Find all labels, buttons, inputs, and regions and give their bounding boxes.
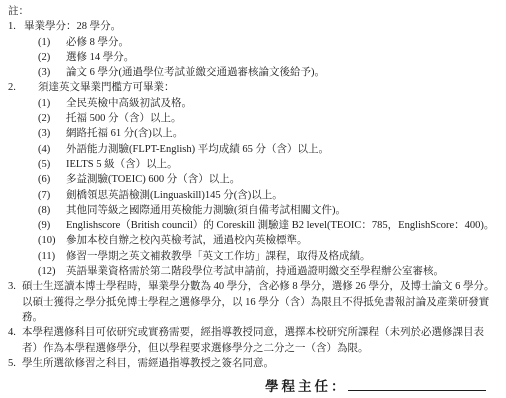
sub-item-number: (1) — [38, 96, 66, 111]
item-number: 3. — [8, 279, 22, 294]
item-number: 1. — [8, 19, 24, 34]
sub-item-text: 必修 8 學分。 — [66, 35, 498, 50]
sub-item: (8) 其他同等級之國際通用英檢能力測驗(須自備考試相關文件)。 — [8, 203, 498, 218]
item-text: 畢業學分：28 學分。 — [24, 19, 498, 34]
sub-item-number: (10) — [38, 233, 66, 248]
list-item: 5. 學生所選欲修習之科目，需經過指導教授之簽名同意。 — [8, 356, 498, 371]
sub-item-number: (6) — [38, 172, 66, 187]
note-heading: 註： — [8, 4, 498, 19]
sub-item: (2) 選修 14 學分。 — [8, 50, 498, 65]
item-number: 2. — [8, 80, 38, 95]
sub-item: (4) 外語能力測驗(FLPT-English) 平均成績 65 分（含）以上。 — [8, 142, 498, 157]
item-text: 須達英文畢業門檻方可畢業： — [38, 80, 498, 95]
sub-item-number: (3) — [38, 126, 66, 141]
sub-item: (7) 劍橋領思英語檢測(Linguaskill)145 分(含)以上。 — [8, 188, 498, 203]
sub-item-number: (3) — [38, 65, 66, 80]
sub-item-text: Englishscore（British council）的 Coreskill… — [66, 218, 498, 233]
sub-item-number: (9) — [38, 218, 66, 233]
sub-item-text: 選修 14 學分。 — [66, 50, 498, 65]
notes-document: 註： 1. 畢業學分：28 學分。 (1) 必修 8 學分。 (2) 選修 14… — [0, 0, 506, 398]
sub-item: (1) 全民英檢中高級初試及格。 — [8, 96, 498, 111]
sub-item: (6) 多益測驗(TOEIC) 600 分（含）以上。 — [8, 172, 498, 187]
sub-item-number: (4) — [38, 142, 66, 157]
sub-item-number: (7) — [38, 188, 66, 203]
sub-item-text: 托福 500 分（含）以上。 — [66, 111, 498, 126]
signature-label: 學程主任： — [265, 379, 348, 394]
item-number: 4. — [8, 325, 22, 340]
sub-item-text: 其他同等級之國際通用英檢能力測驗(須自備考試相關文件)。 — [66, 203, 498, 218]
sub-item-text: 修習一學期之英文補救教學「英文工作坊」課程，取得及格成績。 — [66, 249, 498, 264]
sub-item-text: 參加本校自辦之校內英檢考試，通過校內英檢標準。 — [66, 233, 498, 248]
sub-item: (5) IELTS 5 級（含）以上。 — [8, 157, 498, 172]
sub-item-text: 英語畢業資格需於第二階段學位考試申請前，持通過證明繳交至學程辦公室審核。 — [66, 264, 498, 279]
sub-item: (9) Englishscore（British council）的 Cores… — [8, 218, 498, 233]
signature-row: 學程主任： — [8, 378, 498, 394]
item-number: 5. — [8, 356, 22, 371]
list-item: 1. 畢業學分：28 學分。 — [8, 19, 498, 34]
sub-item-text: IELTS 5 級（含）以上。 — [66, 157, 498, 172]
list-item: 4. 本學程選修科目可依研究或實務需要，經指導教授同意，選擇本校研究所課程（未列… — [8, 325, 498, 356]
sub-item-text: 外語能力測驗(FLPT-English) 平均成績 65 分（含）以上。 — [66, 142, 498, 157]
sub-item: (11) 修習一學期之英文補救教學「英文工作坊」課程，取得及格成績。 — [8, 249, 498, 264]
sub-item-number: (12) — [38, 264, 66, 279]
sub-item-text: 網路托福 61 分(含)以上。 — [66, 126, 498, 141]
sub-item-number: (8) — [38, 203, 66, 218]
sub-item-text: 全民英檢中高級初試及格。 — [66, 96, 498, 111]
sub-item-number: (1) — [38, 35, 66, 50]
sub-item: (2) 托福 500 分（含）以上。 — [8, 111, 498, 126]
item-text: 學生所選欲修習之科目，需經過指導教授之簽名同意。 — [22, 356, 498, 371]
sub-item-number: (2) — [38, 111, 66, 126]
sub-item-text: 論文 6 學分(通過學位考試並繳交通過審核論文後給予)。 — [66, 65, 498, 80]
sub-item: (10) 參加本校自辦之校內英檢考試，通過校內英檢標準。 — [8, 233, 498, 248]
list-item: 3. 碩士生逕讀本博士學程時，畢業學分數為 40 學分，含必修 8 學分，選修 … — [8, 279, 498, 325]
sub-item: (1) 必修 8 學分。 — [8, 35, 498, 50]
signature-blank-line — [348, 378, 486, 391]
item-text: 碩士生逕讀本博士學程時，畢業學分數為 40 學分，含必修 8 學分，選修 26 … — [22, 279, 498, 325]
sub-item-number: (11) — [38, 249, 66, 264]
sub-item-number: (2) — [38, 50, 66, 65]
sub-item: (3) 論文 6 學分(通過學位考試並繳交通過審核論文後給予)。 — [8, 65, 498, 80]
sub-item-text: 多益測驗(TOEIC) 600 分（含）以上。 — [66, 172, 498, 187]
list-item: 2. 須達英文畢業門檻方可畢業： — [8, 80, 498, 95]
sub-item-number: (5) — [38, 157, 66, 172]
sub-item: (12) 英語畢業資格需於第二階段學位考試申請前，持通過證明繳交至學程辦公室審核… — [8, 264, 498, 279]
item-text: 本學程選修科目可依研究或實務需要，經指導教授同意，選擇本校研究所課程（未列於必選… — [22, 325, 498, 356]
sub-item-text: 劍橋領思英語檢測(Linguaskill)145 分(含)以上。 — [66, 188, 498, 203]
sub-item: (3) 網路托福 61 分(含)以上。 — [8, 126, 498, 141]
